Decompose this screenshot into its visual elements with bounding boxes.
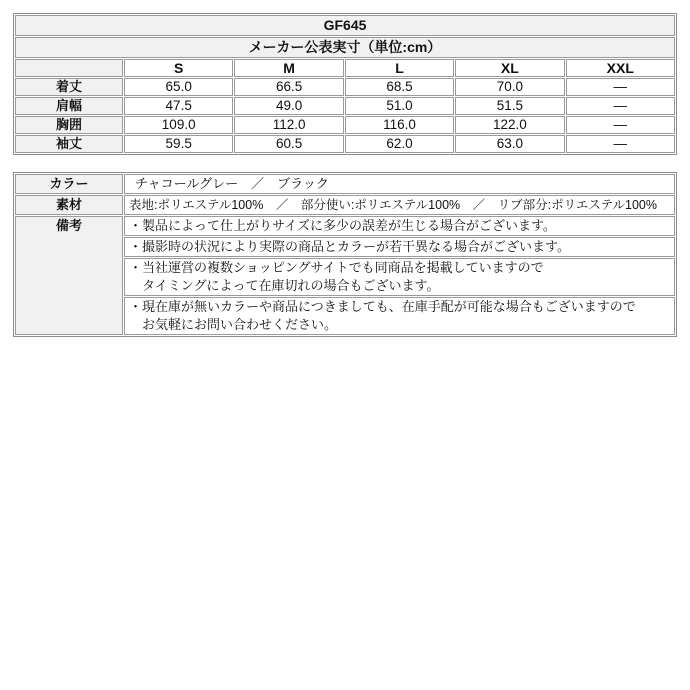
product-code-row: GF645 xyxy=(15,15,675,36)
size-col-header-s: S xyxy=(124,59,233,77)
size-table: GF645 メーカー公表実寸（単位:cm） S M L XL XXL 着丈 65… xyxy=(13,13,677,155)
page-background: { "size_table": { "title": "GF645", "sub… xyxy=(0,0,690,690)
table-row-sleeve-length: 袖丈 59.5 60.5 62.0 63.0 — xyxy=(15,135,675,153)
size-value: — xyxy=(566,135,675,153)
info-table: カラー チャコールグレー ／ ブラック 素材 表地:ポリエステル100% ／ 部… xyxy=(13,172,677,337)
row-label: 着丈 xyxy=(15,78,123,96)
size-value: 109.0 xyxy=(124,116,233,134)
size-value: 59.5 xyxy=(124,135,233,153)
size-value: 51.0 xyxy=(345,97,454,115)
content-area: GF645 メーカー公表実寸（単位:cm） S M L XL XXL 着丈 65… xyxy=(0,0,690,337)
size-value: 68.5 xyxy=(345,78,454,96)
size-header-row: S M L XL XXL xyxy=(15,59,675,77)
size-col-header-m: M xyxy=(234,59,343,77)
material-row: 素材 表地:ポリエステル100% ／ 部分使い:ポリエステル100% ／ リブ部… xyxy=(15,195,675,215)
row-label: 肩幅 xyxy=(15,97,123,115)
size-col-header-xl: XL xyxy=(455,59,564,77)
material-label: 素材 xyxy=(15,195,123,215)
size-value: 51.5 xyxy=(455,97,564,115)
notes-label: 備考 xyxy=(15,216,123,335)
notes-row-1: 備考 ・製品によって仕上がりサイズに多少の誤差が生じる場合がございます。 xyxy=(15,216,675,236)
size-header-empty-cell xyxy=(15,59,123,77)
size-value: 47.5 xyxy=(124,97,233,115)
size-value: — xyxy=(566,116,675,134)
row-label: 袖丈 xyxy=(15,135,123,153)
size-value: 49.0 xyxy=(234,97,343,115)
note-line: ・現在庫が無いカラーや商品につきましても、在庫手配が可能な場合もございますので xyxy=(129,298,670,316)
size-col-header-xxl: XXL xyxy=(566,59,675,77)
note-line: タイミングによって在庫切れの場合もございます。 xyxy=(129,277,670,295)
note-line: ・製品によって仕上がりサイズに多少の誤差が生じる場合がございます。 xyxy=(129,217,670,235)
note-line: ・当社運営の複数ショッピングサイトでも同商品を掲載していますので xyxy=(129,259,670,277)
size-table-subtitle: メーカー公表実寸（単位:cm） xyxy=(15,37,675,58)
note-line: お気軽にお問い合わせください。 xyxy=(129,316,670,334)
color-value: チャコールグレー ／ ブラック xyxy=(124,174,675,194)
size-table-subtitle-row: メーカー公表実寸（単位:cm） xyxy=(15,37,675,58)
size-value: 66.5 xyxy=(234,78,343,96)
product-code: GF645 xyxy=(15,15,675,36)
color-row: カラー チャコールグレー ／ ブラック xyxy=(15,174,675,194)
note-item: ・現在庫が無いカラーや商品につきましても、在庫手配が可能な場合もございますので … xyxy=(124,297,675,335)
note-item: ・当社運営の複数ショッピングサイトでも同商品を掲載していますので タイミングによ… xyxy=(124,258,675,296)
size-value: 62.0 xyxy=(345,135,454,153)
size-value: — xyxy=(566,97,675,115)
note-item: ・製品によって仕上がりサイズに多少の誤差が生じる場合がございます。 xyxy=(124,216,675,236)
size-value: 116.0 xyxy=(345,116,454,134)
size-value: 122.0 xyxy=(455,116,564,134)
size-value: — xyxy=(566,78,675,96)
size-value: 63.0 xyxy=(455,135,564,153)
table-row-body-length: 着丈 65.0 66.5 68.5 70.0 — xyxy=(15,78,675,96)
color-label: カラー xyxy=(15,174,123,194)
table-row-chest: 胸囲 109.0 112.0 116.0 122.0 — xyxy=(15,116,675,134)
table-row-shoulder-width: 肩幅 47.5 49.0 51.0 51.5 — xyxy=(15,97,675,115)
size-value: 70.0 xyxy=(455,78,564,96)
size-col-header-l: L xyxy=(345,59,454,77)
material-value: 表地:ポリエステル100% ／ 部分使い:ポリエステル100% ／ リブ部分:ポ… xyxy=(124,195,675,215)
size-value: 65.0 xyxy=(124,78,233,96)
note-item: ・撮影時の状況により実際の商品とカラーが若干異なる場合がございます。 xyxy=(124,237,675,257)
size-value: 60.5 xyxy=(234,135,343,153)
size-value: 112.0 xyxy=(234,116,343,134)
note-line: ・撮影時の状況により実際の商品とカラーが若干異なる場合がございます。 xyxy=(129,238,670,256)
row-label: 胸囲 xyxy=(15,116,123,134)
